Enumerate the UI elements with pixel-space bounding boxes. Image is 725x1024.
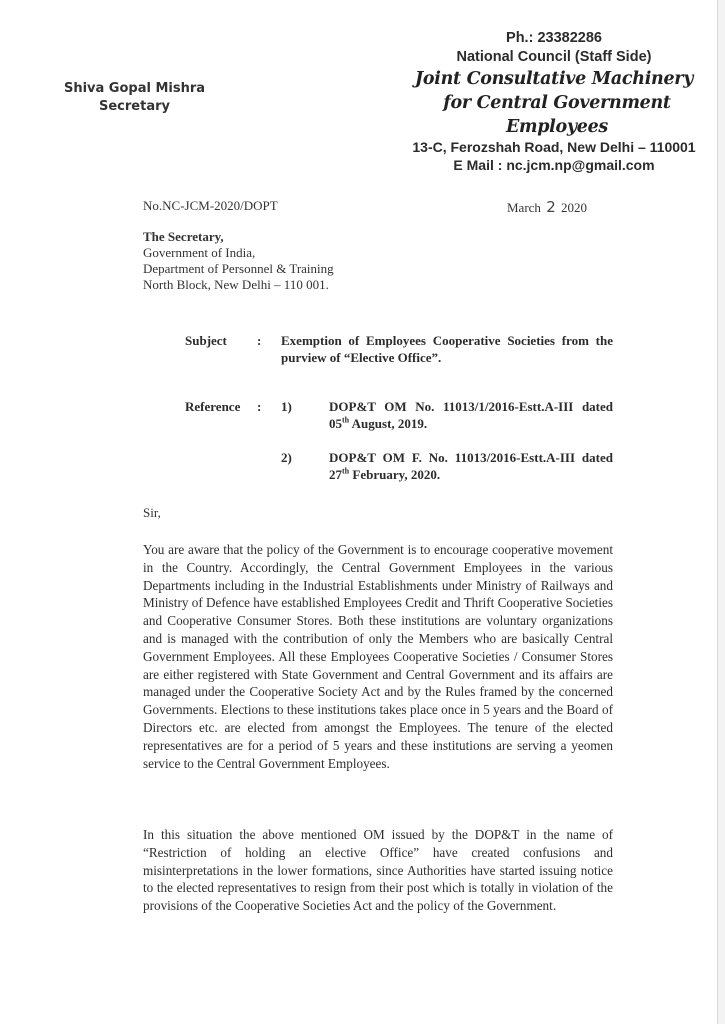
addressee-block: The Secretary, Government of India, Depa…: [143, 229, 334, 293]
reference-label: Reference: [185, 398, 257, 432]
subject-separator: :: [257, 332, 281, 366]
subject-block: Subject : Exemption of Employees Coopera…: [185, 332, 613, 366]
addressee-line: North Block, New Delhi – 110 001.: [143, 277, 334, 293]
sender-name: Shiva Gopal Mishra: [57, 80, 212, 98]
org-email: E Mail : nc.jcm.np@gmail.com: [395, 156, 713, 174]
reference-number-label: 2): [281, 449, 329, 483]
reference-block: Reference : 1) DOP&T OM No. 11013/1/2016…: [185, 398, 613, 500]
salutation: Sir,: [143, 505, 161, 521]
addressee-line: Government of India,: [143, 245, 334, 261]
org-address: 13-C, Ferozshah Road, New Delhi – 110001: [395, 139, 713, 156]
addressee-title: The Secretary,: [143, 229, 334, 245]
letter-date: March 2 2020: [507, 198, 587, 216]
date-day-handwritten: 2: [546, 198, 556, 216]
subject-label: Subject: [185, 332, 257, 366]
council-name: National Council (Staff Side): [395, 48, 713, 67]
sender-title: Secretary: [57, 98, 212, 116]
reference-item: 2) DOP&T OM F. No. 11013/2016-Estt.A-III…: [185, 449, 613, 483]
body-paragraph: In this situation the above mentioned OM…: [143, 826, 613, 915]
org-name-line2: for Central Government Employees: [401, 91, 713, 139]
phone-number: Ph.: 23382286: [395, 29, 713, 48]
subject-text: Exemption of Employees Cooperative Socie…: [281, 332, 613, 366]
addressee-line: Department of Personnel & Training: [143, 261, 334, 277]
reference-separator: :: [257, 398, 281, 432]
date-month: March: [507, 200, 541, 215]
org-name-line1: Joint Consultative Machinery: [395, 67, 713, 91]
body-paragraph: You are aware that the policy of the Gov…: [143, 541, 613, 772]
sender-block: Shiva Gopal Mishra Secretary: [57, 80, 212, 116]
letter-page: Shiva Gopal Mishra Secretary Ph.: 233822…: [0, 0, 718, 1024]
reference-item: Reference : 1) DOP&T OM No. 11013/1/2016…: [185, 398, 613, 432]
reference-text: DOP&T OM F. No. 11013/2016-Estt.A-III da…: [329, 449, 613, 483]
letterhead: Ph.: 23382286 National Council (Staff Si…: [395, 29, 713, 174]
reference-number: No.NC-JCM-2020/DOPT: [143, 198, 278, 214]
page-edge: [717, 0, 725, 1024]
reference-number-label: 1): [281, 398, 329, 432]
reference-text: DOP&T OM No. 11013/1/2016-Estt.A-III dat…: [329, 398, 613, 432]
date-year: 2020: [561, 200, 587, 215]
